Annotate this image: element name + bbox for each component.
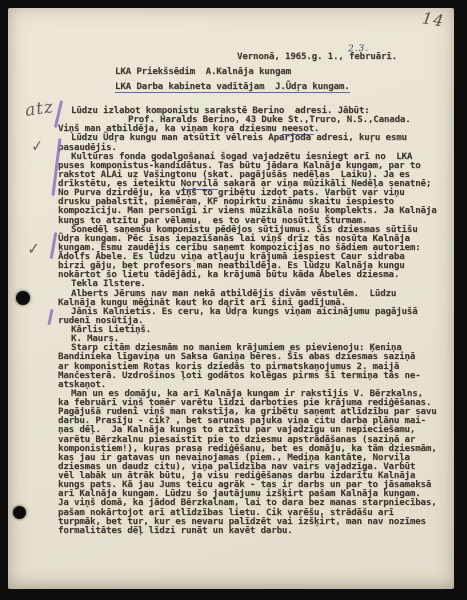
- margin-ink-stroke: [47, 309, 53, 325]
- punch-hole: [13, 506, 26, 519]
- checkmark-icon: ✓: [26, 239, 41, 259]
- letter-page: 14 2.3. Vernonā, 1965.g. 1., februārī. L…: [8, 8, 454, 589]
- scan-background: 14 2.3. Vernonā, 1965.g. 1., februārī. L…: [0, 0, 467, 600]
- margin-ink-stroke: [50, 232, 57, 259]
- recipient-line-2: LKA Darba kabineta vadītājam J.Ūdŗa kung…: [115, 82, 350, 93]
- letter-line: Mančesterā. Uzdrošinos ļoti godātos kolē…: [58, 371, 454, 380]
- recipient-underlined-text: LKA Darba kabineta vadītājam J.Ūdŗa kung…: [115, 82, 350, 93]
- margin-note-handwriting: atz: [24, 97, 55, 121]
- letter-line: formalitātes dēļ līdzi runāt un kavēt da…: [58, 526, 454, 535]
- letter-body: Lūdzu izlabot komponistu sarakstē Berino…: [58, 106, 454, 535]
- recipient-line-1: LKA Priekšsēdim A.Kalnāja kungam: [115, 67, 291, 76]
- page-number-annotation: 14: [421, 8, 446, 30]
- letter-line: Lūdzu Ūdŗa kungu man atsūtīt vēlreis Apa…: [58, 133, 454, 142]
- date-line: Vernonā, 1965.g. 1., februārī.: [237, 52, 397, 61]
- checkmark-icon: ✓: [30, 136, 44, 155]
- punch-hole: [16, 291, 30, 305]
